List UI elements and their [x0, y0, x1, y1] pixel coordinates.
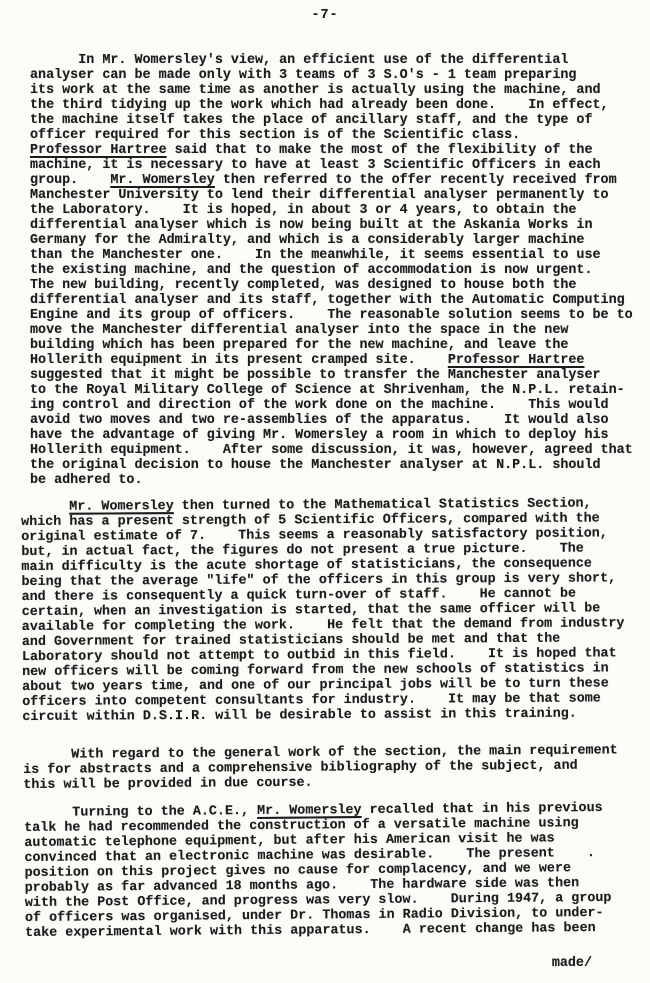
paragraph: Mr. Womersley then turned to the Mathema… [21, 496, 650, 725]
text-segment: differential analyser which is now being… [30, 218, 593, 233]
text-segment: the Laboratory. It is hoped, in about 3 … [30, 203, 576, 218]
underlined-name: Mr. Womersley [257, 803, 362, 819]
text-line: suggested that it might be possible to t… [30, 368, 650, 383]
text-segment: circuit within D.S.I.R. will be desirabl… [22, 707, 577, 725]
text-line: the third tidying up the work which had … [30, 98, 650, 113]
document-page: -7- In Mr. Womersley's view, an efficien… [0, 0, 650, 983]
text-segment: Hollerith equipment. After some discussi… [30, 443, 633, 458]
document-body: In Mr. Womersley's view, an efficient us… [0, 23, 650, 941]
text-line: circuit within D.S.I.R. will be desirabl… [22, 706, 650, 725]
text-segment: Engine and its group of officers. The re… [30, 308, 633, 323]
text-line: have the advantage of giving Mr. Womersl… [30, 428, 650, 443]
text-segment: building which has been prepared for the… [30, 338, 568, 353]
text-line: analyser can be made only with 3 teams o… [30, 68, 650, 83]
text-line: the original decision to house the Manch… [30, 458, 650, 473]
text-segment: the existing machine, and the question o… [30, 263, 593, 278]
text-segment: then referred to the offer recently rece… [215, 173, 617, 188]
text-segment: Germany for the Admiralty, and which is … [30, 233, 584, 248]
text-line: the machine itself takes the place of an… [30, 113, 650, 128]
text-segment: ing control and direction of the work do… [30, 398, 609, 413]
text-line: differential analyser and its staff, tog… [30, 293, 650, 308]
text-line: differential analyser which is now being… [30, 218, 650, 233]
underlined-name: Mr. Womersley [69, 499, 174, 515]
text-line: Germany for the Admiralty, and which is … [30, 233, 650, 248]
text-segment: group. [30, 173, 110, 188]
underlined-name: Mr. Womersley [110, 173, 214, 188]
text-line: officer required for this section is of … [30, 128, 650, 143]
text-segment: machine, it is necessary to have at leas… [30, 158, 601, 173]
text-line: than the Manchester one. In the meanwhil… [30, 248, 650, 263]
text-segment: than the Manchester one. In the meanwhil… [30, 248, 601, 263]
text-line: ing control and direction of the work do… [30, 398, 650, 413]
text-segment: analyser can be made only with 3 teams o… [30, 68, 576, 83]
text-segment: this will be provided in due course. [23, 776, 312, 793]
text-line: Professor Hartree said that to make the … [30, 143, 650, 158]
text-line: Manchester University to lend their diff… [30, 188, 650, 203]
text-line: its work at the same time as another is … [30, 83, 650, 98]
text-segment: differential analyser and its staff, tog… [30, 293, 625, 308]
text-line: group. Mr. Womersley then referred to th… [30, 173, 650, 188]
page-number: -7- [0, 0, 650, 23]
text-segment: move the Manchester differential analyse… [30, 323, 568, 338]
text-line: machine, it is necessary to have at leas… [30, 158, 650, 173]
text-segment: suggested that it might be possible to t… [30, 368, 601, 383]
text-line: Hollerith equipment. After some discussi… [30, 443, 650, 458]
text-segment: said that to make the most of the flexib… [167, 143, 593, 158]
text-segment: the original decision to house the Manch… [30, 458, 601, 473]
text-segment: avoid two moves and two re-assemblies of… [30, 413, 609, 428]
text-line: building which has been prepared for the… [30, 338, 650, 353]
paragraph: With regard to the general work of the s… [23, 743, 650, 793]
underlined-name: Professor Hartree [30, 143, 167, 158]
text-line: the existing machine, and the question o… [30, 263, 650, 278]
text-segment: the third tidying up the work which had … [30, 98, 609, 113]
text-line: Hollerith equipment in its present cramp… [30, 353, 650, 368]
text-segment: In Mr. Womersley's view, an efficient us… [30, 53, 568, 68]
text-line: to the Royal Military College of Science… [30, 383, 650, 398]
text-segment: The new building, recently completed, wa… [30, 278, 576, 293]
text-line: In Mr. Womersley's view, an efficient us… [30, 53, 650, 68]
text-segment: Hollerith equipment in its present cramp… [30, 353, 448, 368]
paragraph: Turning to the A.C.E., Mr. Womersley rec… [24, 801, 650, 941]
text-line: move the Manchester differential analyse… [30, 323, 650, 338]
text-line: be adhered to. [30, 473, 650, 488]
text-segment: to the Royal Military College of Science… [30, 383, 625, 398]
text-segment: be adhered to. [30, 473, 143, 488]
text-segment: the machine itself takes the place of an… [30, 113, 593, 128]
continuation-mark: made/ [552, 956, 592, 971]
text-line: the Laboratory. It is hoped, in about 3 … [30, 203, 650, 218]
paragraph: In Mr. Womersley's view, an efficient us… [30, 53, 650, 488]
text-line: avoid two moves and two re-assemblies of… [30, 413, 650, 428]
text-segment: its work at the same time as another is … [30, 83, 601, 98]
text-segment: Manchester University to lend their diff… [30, 188, 609, 203]
underlined-name: Professor Hartree [448, 353, 585, 368]
text-line: Engine and its group of officers. The re… [30, 308, 650, 323]
text-segment: have the advantage of giving Mr. Womersl… [30, 428, 609, 443]
text-segment: officer required for this section is of … [30, 128, 520, 143]
text-segment [21, 500, 69, 515]
text-line: The new building, recently completed, wa… [30, 278, 650, 293]
